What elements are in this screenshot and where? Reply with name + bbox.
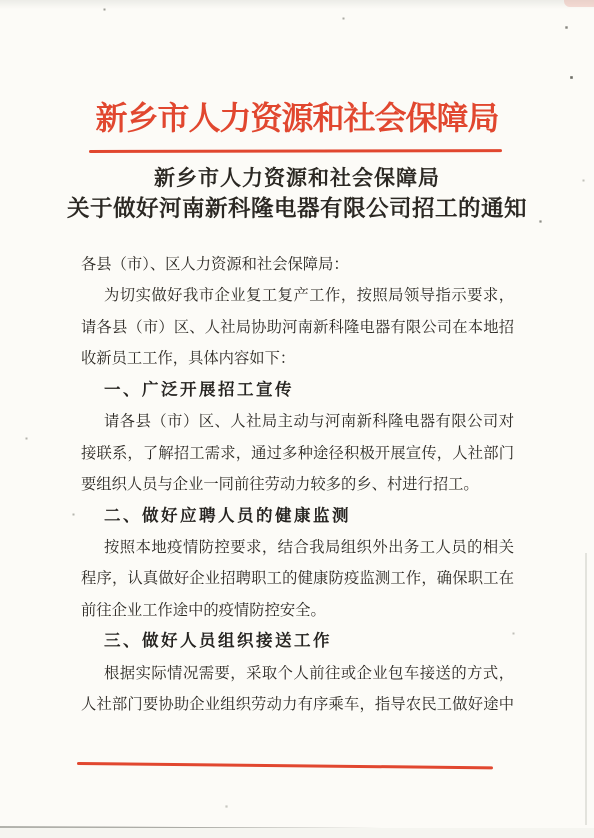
- body-line: 人社部门要协助企业组织劳动力有序乘车，指导农民工做好途中: [81, 689, 514, 720]
- scan-edge-top: [0, 0, 594, 9]
- corner-smudge: [564, 0, 594, 7]
- body-line: 前往企业工作途中的疫情防控安全。: [81, 595, 514, 626]
- body-line: 为切实做好我市企业复工复产工作，按照局领导指示要求，: [81, 280, 514, 311]
- body-line: 程序，认真做好企业招聘职工的健康防疫监测工作，确保职工在: [81, 563, 514, 594]
- body-line: 根据实际情况需要，采取个人前往或企业包车接送的方式，: [81, 658, 514, 689]
- agency-header: 新乡市人力资源和社会保障局: [0, 99, 594, 137]
- salutation: 各县（市）、区人力资源和社会保障局：: [81, 249, 514, 280]
- section-heading: 三、做好人员组织接送工作: [81, 626, 514, 657]
- body-line: 接联系，了解招工需求，通过多种途径积极开展宣传，人社部门: [81, 438, 514, 469]
- doc-title-line1: 新乡市人力资源和社会保障局: [0, 164, 594, 193]
- scan-edge-right: [585, 553, 587, 825]
- body-paragraphs: 为切实做好我市企业复工复产工作，按照局领导指示要求，请各县（市）区、人社局协助河…: [81, 280, 514, 720]
- body-line: 请各县（市）区、人社局主动与河南新科隆电器有限公司对: [81, 406, 514, 437]
- scanned-page: 新乡市人力资源和社会保障局 新乡市人力资源和社会保障局 关于做好河南新科隆电器有…: [0, 0, 594, 838]
- header-divider-line: [89, 149, 502, 153]
- body-line: 请各县（市）区、人社局协助河南新科隆电器有限公司在本地招: [81, 312, 514, 343]
- scanner-background: [0, 828, 594, 838]
- footer-divider-line: [77, 762, 493, 769]
- body-line: 收新员工工作，具体内容如下：: [81, 343, 514, 374]
- section-heading: 一、广泛开展招工宣传: [81, 375, 514, 406]
- body-line: 要组织人员与企业一同前往劳动力较多的乡、村进行招工。: [81, 469, 514, 500]
- document-body: 各县（市）、区人力资源和社会保障局： 为切实做好我市企业复工复产工作，按照局领导…: [81, 249, 514, 721]
- scan-specks: [0, 0, 1, 1]
- doc-title-line2: 关于做好河南新科隆电器有限公司招工的通知: [0, 193, 594, 224]
- section-heading: 二、做好应聘人员的健康监测: [81, 501, 514, 532]
- body-line: 按照本地疫情防控要求，结合我局组织外出务工人员的相关: [81, 532, 514, 563]
